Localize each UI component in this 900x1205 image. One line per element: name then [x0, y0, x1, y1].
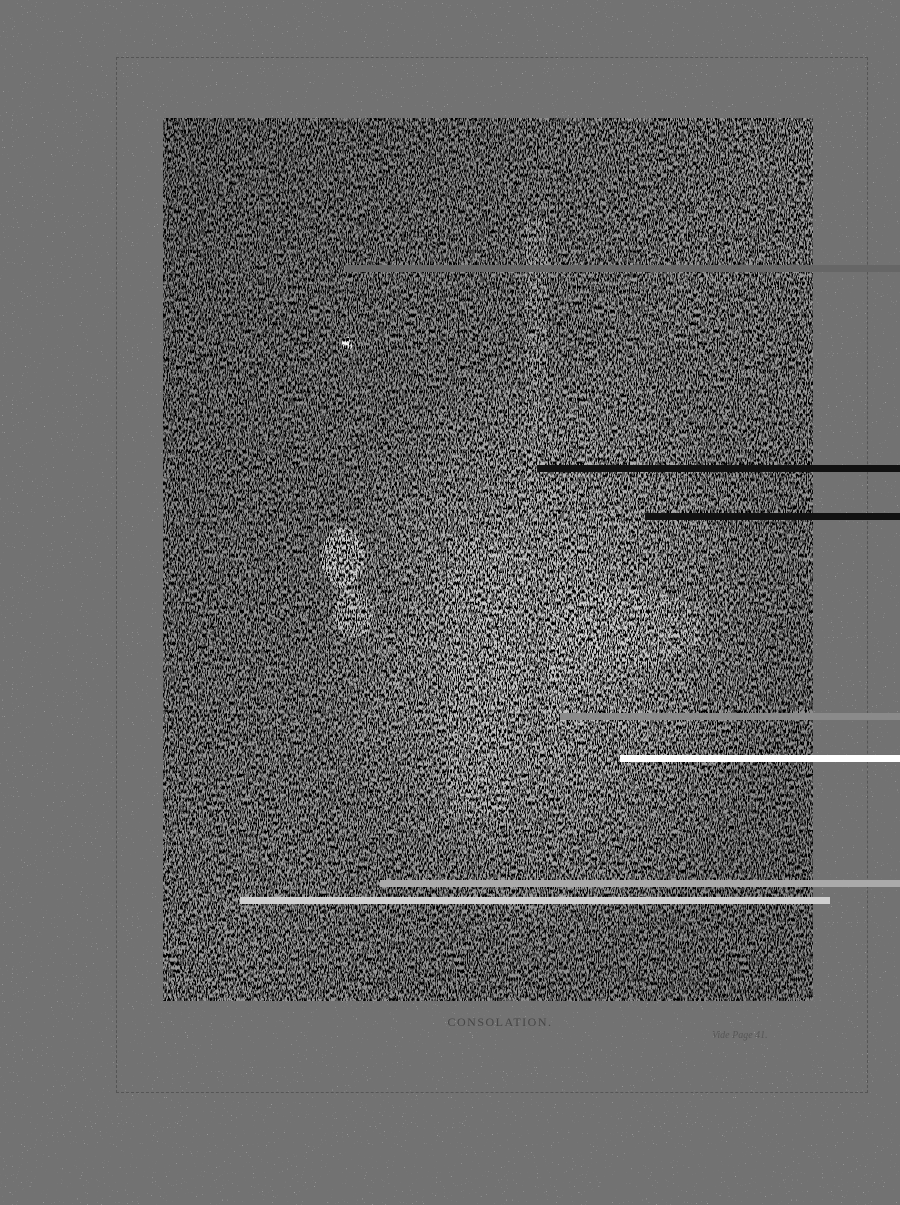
scan-artifact-line	[645, 513, 900, 520]
scan-artifact-line	[240, 897, 830, 904]
plate-caption: CONSOLATION.	[400, 1015, 600, 1030]
engraving-illustration	[163, 118, 813, 1001]
scan-artifact-line	[560, 713, 900, 720]
scan-artifact-line	[537, 465, 900, 472]
page-reference: Vide Page 41.	[712, 1030, 768, 1041]
scan-artifact-line	[345, 265, 900, 272]
scan-artifact-line	[380, 880, 900, 887]
scan-artifact-line	[620, 755, 900, 762]
